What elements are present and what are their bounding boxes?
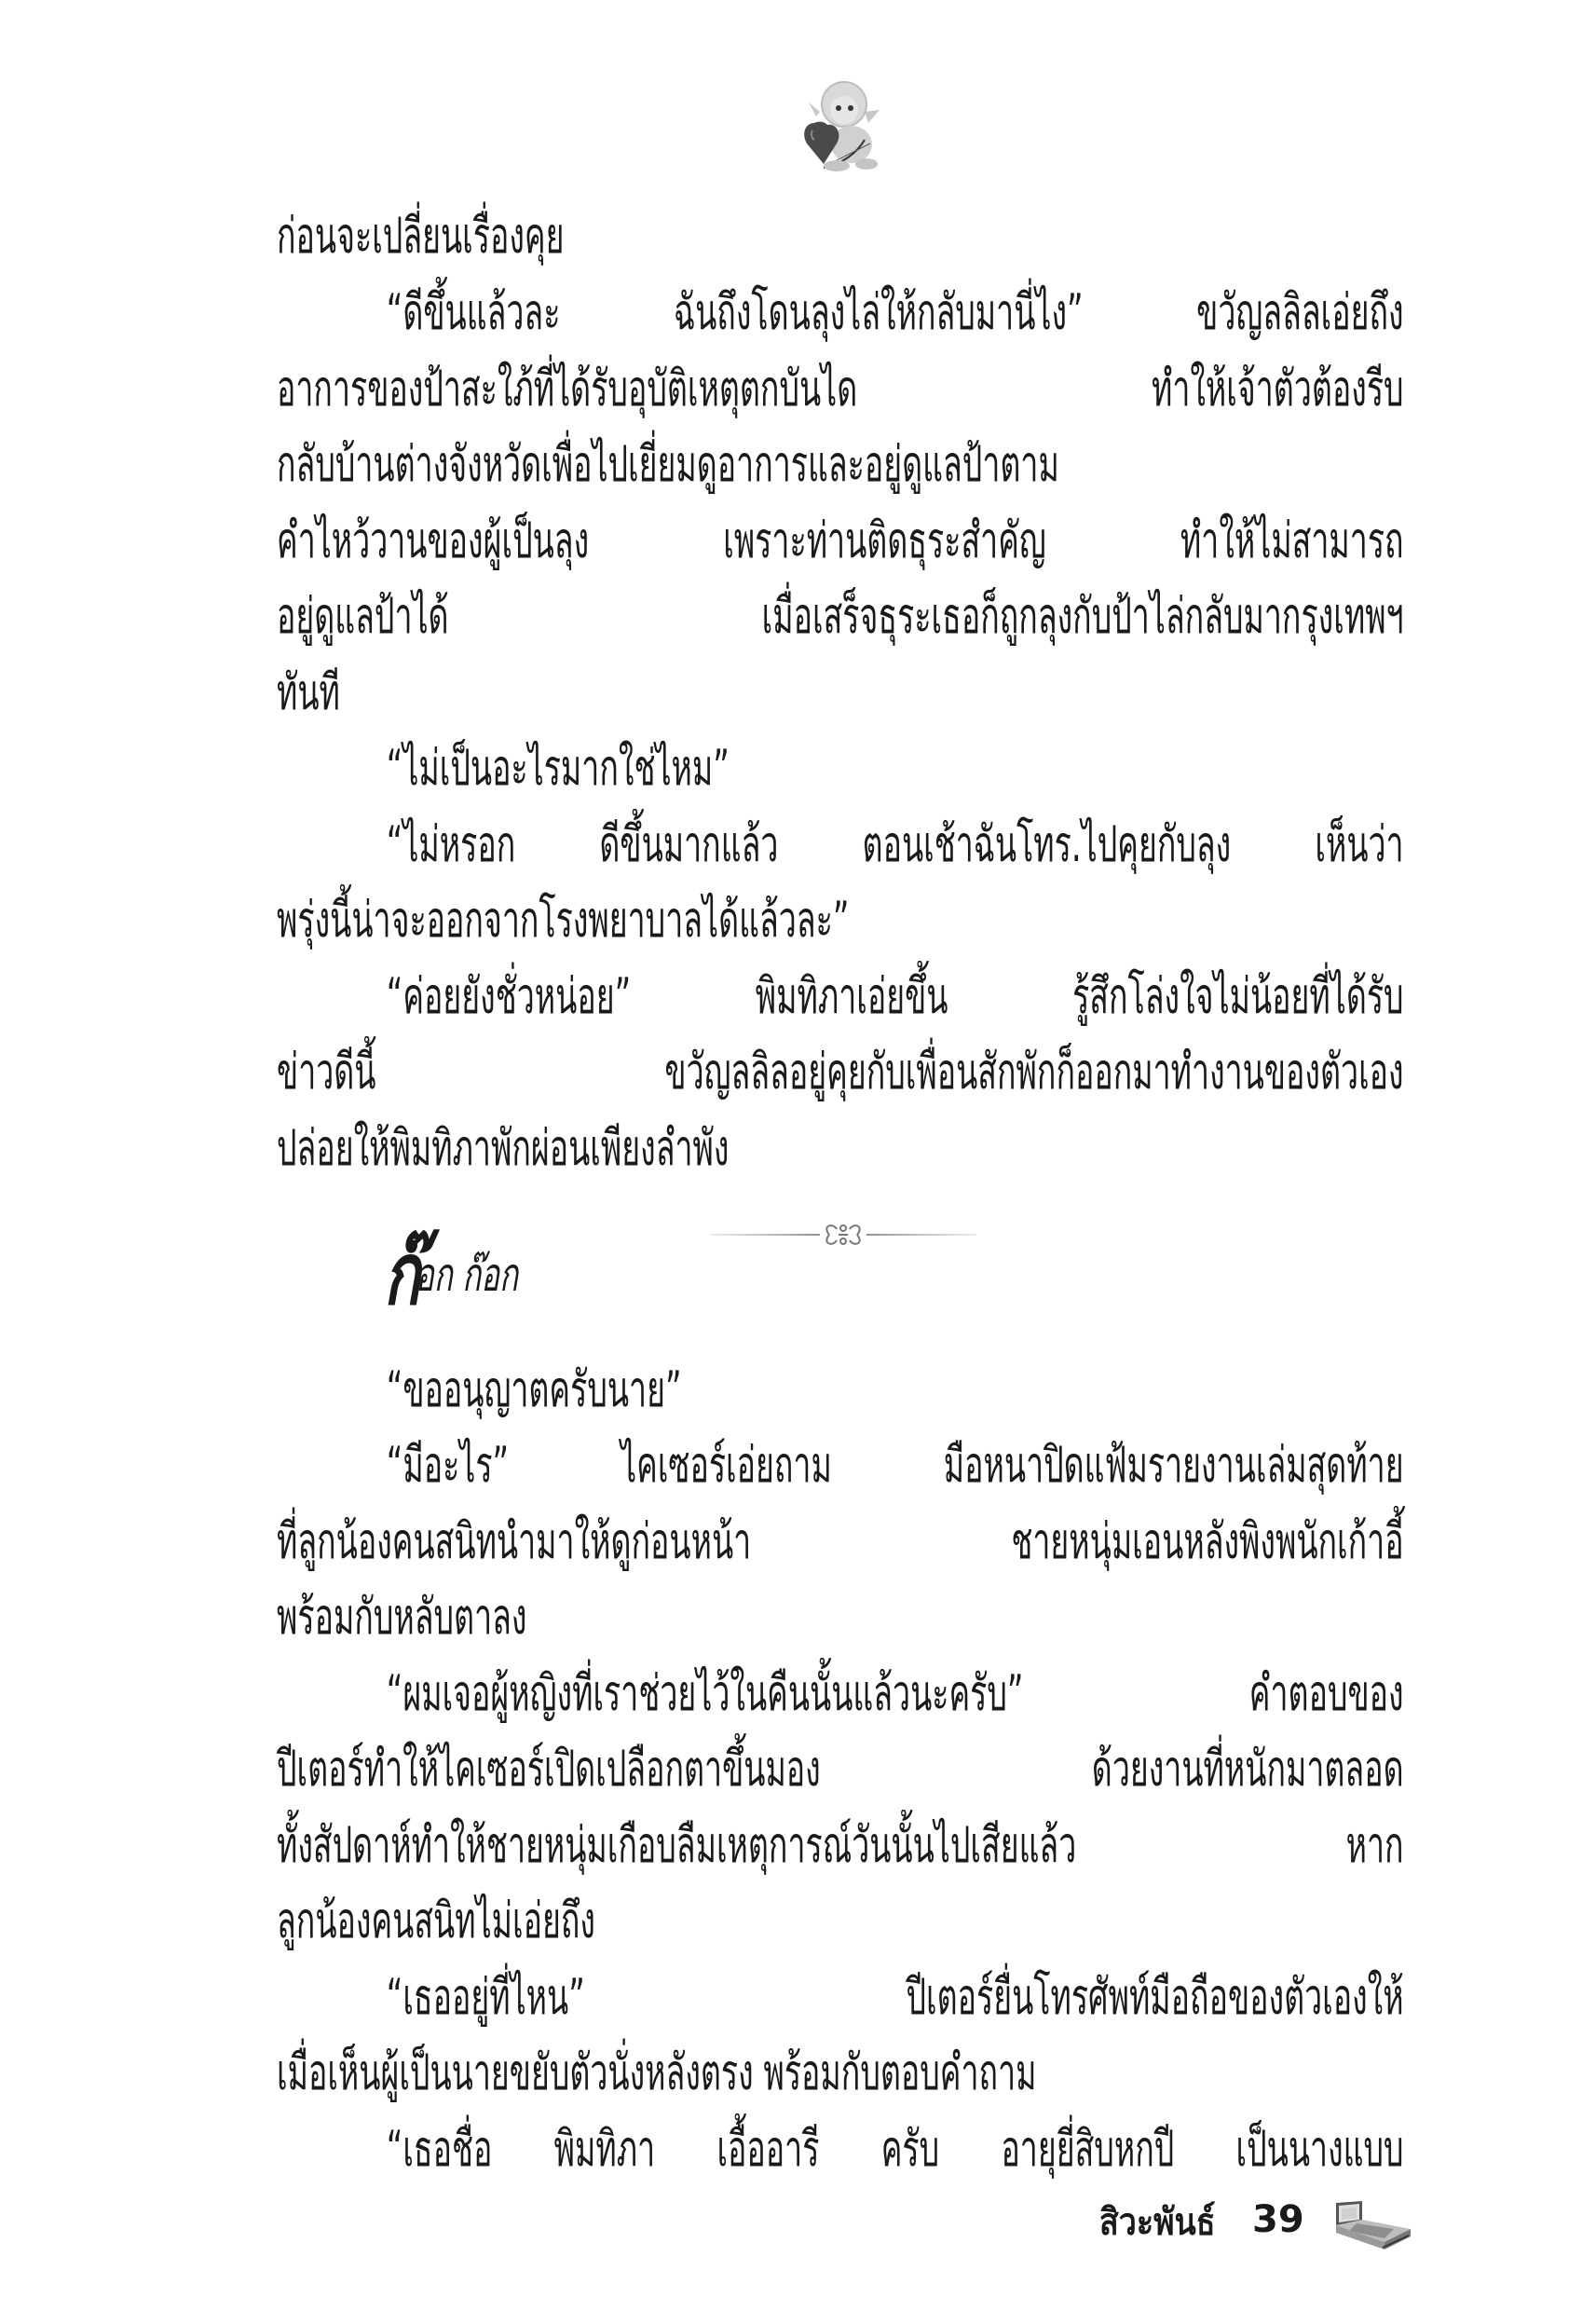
text-line: “มีอะไร” ไคเซอร์เอ่ยถาม มือหนาปิดแฟ้มราย…	[277, 1428, 1404, 1504]
text-line: “ค่อยยังชั่วหน่อย” พิมทิภาเอ่ยขึ้น รู้สึ…	[277, 959, 1404, 1035]
text-line: ที่ลูกน้องคนสนิทนำมาให้ดูก่อนหน้า ชายหนุ…	[277, 1504, 1404, 1580]
cupid-with-heart-icon	[799, 75, 885, 172]
text-line: ก่อนจะเปลี่ยนเรื่องคุย	[277, 198, 564, 275]
text-line: พรุ่งนี้น่าจะออกจากโรงพยาบาลได้แล้วละ”	[277, 882, 849, 959]
text-line: อาการของป้าสะใภ้ที่ได้รับอุบัติเหตุตกบัน…	[277, 351, 1404, 428]
text-line: “ไม่หรอก ดีขึ้นมากแล้ว ตอนเช้าฉันโทร.ไปค…	[277, 807, 1404, 883]
text-line: ทันที	[277, 655, 340, 732]
text-line: ข่าวดีนี้ ขวัญลลิลอยู่คุยกับเพื่อนสักพัก…	[277, 1034, 1404, 1111]
page-footer: สิวะพันธ์ 39	[1099, 2192, 1235, 2248]
text-line: “ผมเจอผู้หญิงที่เราช่วยไว้ในคืนนั้นแล้วน…	[277, 1656, 1404, 1732]
text-line: ทั้งสัปดาห์ทำให้ชายหนุ่มเกือบลืมเหตุการณ…	[277, 1808, 1404, 1884]
text-line: พร้อมกับหลับตาลง	[277, 1579, 526, 1656]
footer-author: สิวะพันธ์	[1099, 2192, 1216, 2251]
text-line: “ดีขึ้นแล้วละ ฉันถึงโดนลุงไล่ให้กลับมานี…	[277, 275, 1404, 351]
text-line: ลูกน้องคนสนิทไม่เอ่ยถึง	[277, 1883, 595, 1960]
text-line: กลับบ้านต่างจังหวัดเพื่อไปเยี่ยมดูอาการแ…	[277, 427, 1404, 503]
section-heading: ก๊อก ก๊อก	[384, 1228, 570, 1321]
text-line: คำไหว้วานของผู้เป็นลุง เพราะท่านติดธุระส…	[277, 503, 1404, 580]
text-line: อยู่ดูแลป้าได้ เมื่อเสร็จธุระเธอก็ถูกลุง…	[277, 579, 1404, 655]
text-line: “ขออนุญาตครับนาย”	[277, 1352, 682, 1429]
ornamental-scroll-divider	[710, 1221, 976, 1249]
page-number: 39	[1252, 2192, 1304, 2248]
text-line: ปีเตอร์ทำให้ไคเซอร์เปิดเปลือกตาขึ้นมอง ด…	[277, 1731, 1404, 1808]
text-line: ปล่อยให้พิมทิภาพักผ่อนเพียงลำพัง	[277, 1111, 729, 1187]
text-line: เมื่อเห็นผู้เป็นนายขยับตัวนั่งหลังตรง พร…	[277, 2035, 1036, 2112]
bed-icon	[1329, 2197, 1412, 2251]
text-line: “ไม่เป็นอะไรมากใช่ไหม”	[277, 731, 730, 807]
heading-text: อก ก๊อก	[416, 1228, 518, 1321]
text-line: “เธออยู่ที่ไหน” ปีเตอร์ยื่นโทรศัพท์มือถื…	[277, 1960, 1404, 2036]
text-line: “เธอชื่อ พิมทิภา เอื้ออารี ครับ อายุยี่ส…	[277, 2112, 1404, 2188]
